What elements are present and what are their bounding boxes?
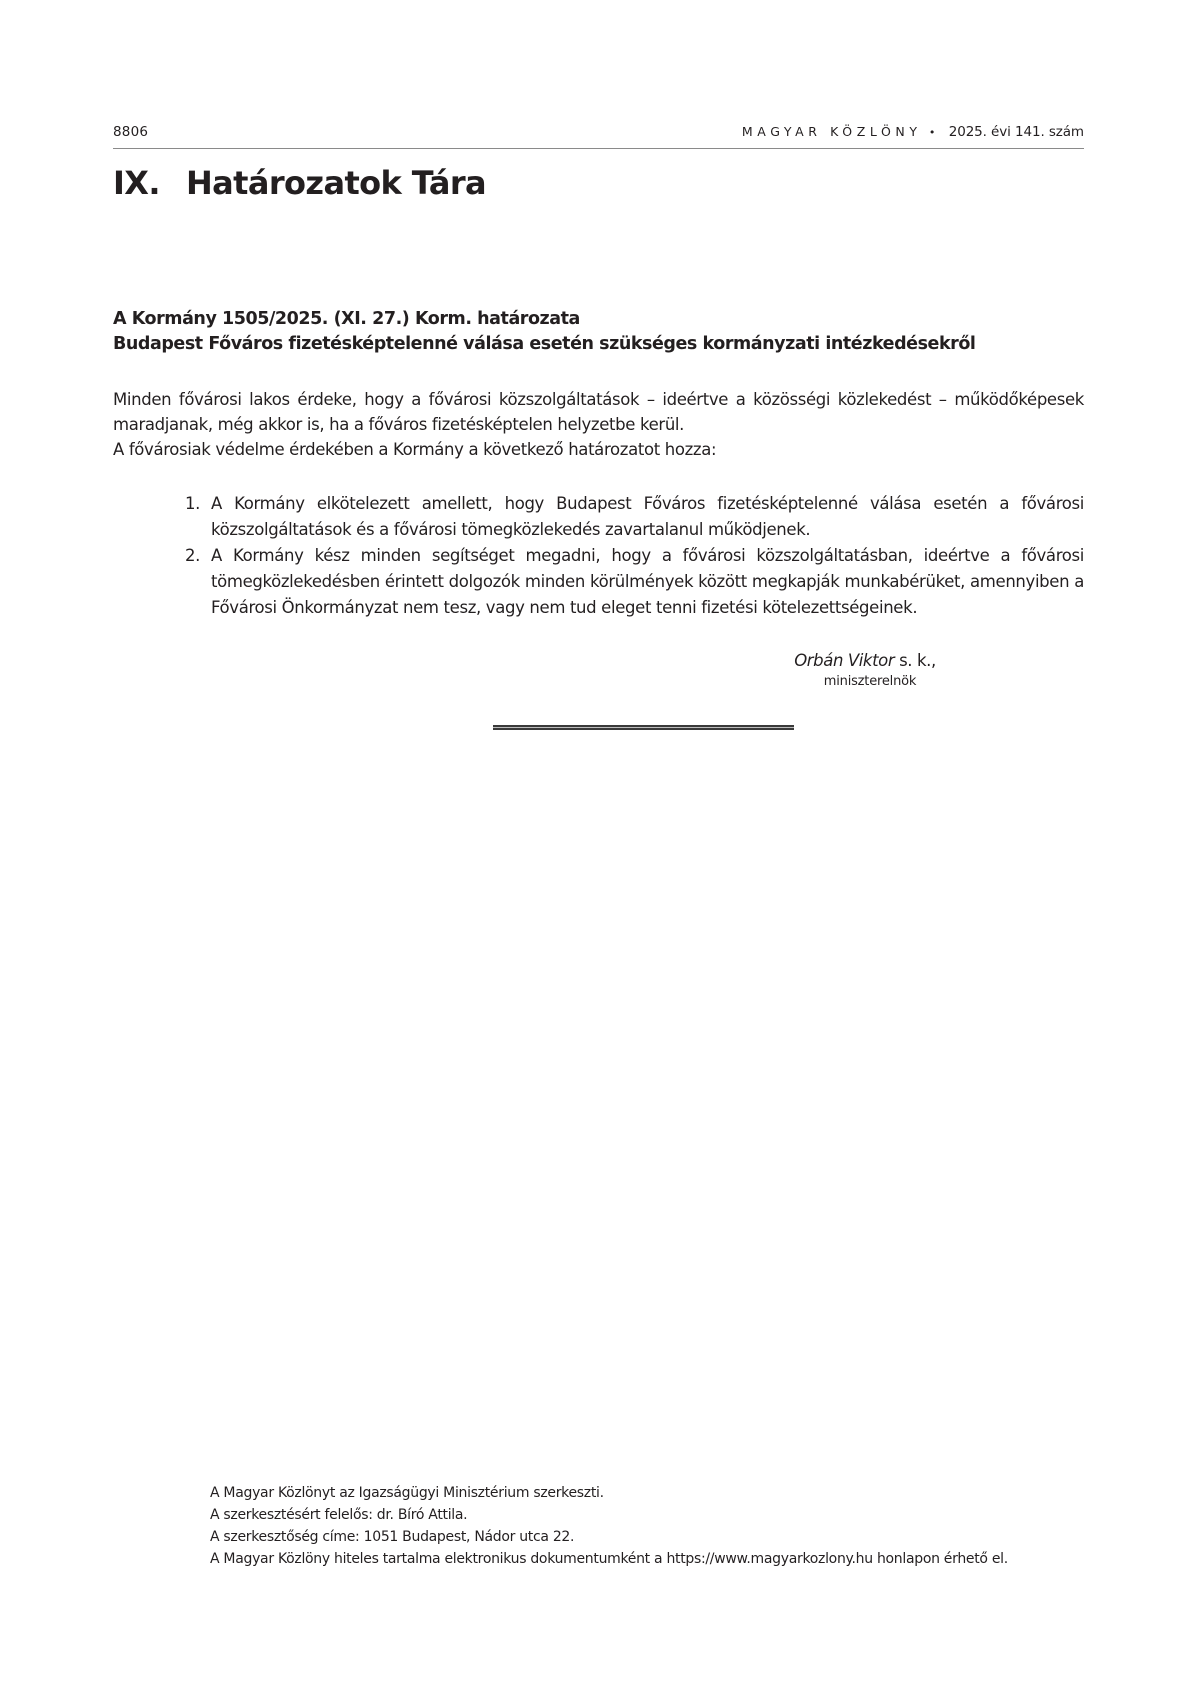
decision-heading: A Kormány 1505/2025. (XI. 27.) Korm. hat… xyxy=(113,307,975,357)
page-number: 8806 xyxy=(113,124,148,140)
decision-point: 2. A Kormány kész minden segítséget mega… xyxy=(180,543,1084,621)
signatory-suffix: s. k., xyxy=(894,651,936,670)
colophon-line: A Magyar Közlönyt az Igazságügyi Miniszt… xyxy=(210,1482,1008,1504)
end-of-section-rule xyxy=(493,725,794,730)
separator-bullet: • xyxy=(929,126,936,139)
signatory-name: Orbán Viktor xyxy=(794,651,894,670)
preamble-paragraph: A fővárosiak védelme érdekében a Kormány… xyxy=(113,437,1084,462)
signatory: Orbán Viktor s. k., xyxy=(760,650,970,672)
section-name: Határozatok Tára xyxy=(186,164,486,202)
colophon-line: A szerkesztésért felelős: dr. Bíró Attil… xyxy=(210,1504,1008,1526)
point-number: 1. xyxy=(185,491,200,517)
colophon: A Magyar Közlönyt az Igazságügyi Miniszt… xyxy=(210,1482,1008,1570)
signature-block: Orbán Viktor s. k., miniszterelnök xyxy=(760,650,970,692)
preamble: Minden fővárosi lakos érdeke, hogy a főv… xyxy=(113,387,1084,462)
page-header: 8806 MAGYAR KÖZLÖNY • 2025. évi 141. szá… xyxy=(113,124,1084,149)
colophon-line: A szerkesztőség címe: 1051 Budapest, Nád… xyxy=(210,1526,1008,1548)
signatory-role: miniszterelnök xyxy=(770,672,970,692)
section-number: IX. xyxy=(113,164,186,202)
preamble-paragraph: Minden fővárosi lakos érdeke, hogy a főv… xyxy=(113,387,1084,437)
point-text: A Kormány kész minden segítséget megadni… xyxy=(211,546,1084,617)
decision-number: A Kormány 1505/2025. (XI. 27.) Korm. hat… xyxy=(113,307,975,332)
point-text: A Kormány elkötelezett amellett, hogy Bu… xyxy=(211,494,1084,539)
point-number: 2. xyxy=(185,543,200,569)
decision-points: 1. A Kormány elkötelezett amellett, hogy… xyxy=(180,491,1084,621)
running-head: MAGYAR KÖZLÖNY • 2025. évi 141. szám xyxy=(742,124,1084,140)
publication-name: MAGYAR KÖZLÖNY xyxy=(742,124,922,139)
decision-point: 1. A Kormány elkötelezett amellett, hogy… xyxy=(180,491,1084,543)
section-title: IX.Határozatok Tára xyxy=(113,164,486,202)
colophon-line: A Magyar Közlöny hiteles tartalma elektr… xyxy=(210,1548,1008,1570)
decision-subject: Budapest Főváros fizetésképtelenné válás… xyxy=(113,332,975,357)
issue-number: 2025. évi 141. szám xyxy=(949,124,1084,140)
